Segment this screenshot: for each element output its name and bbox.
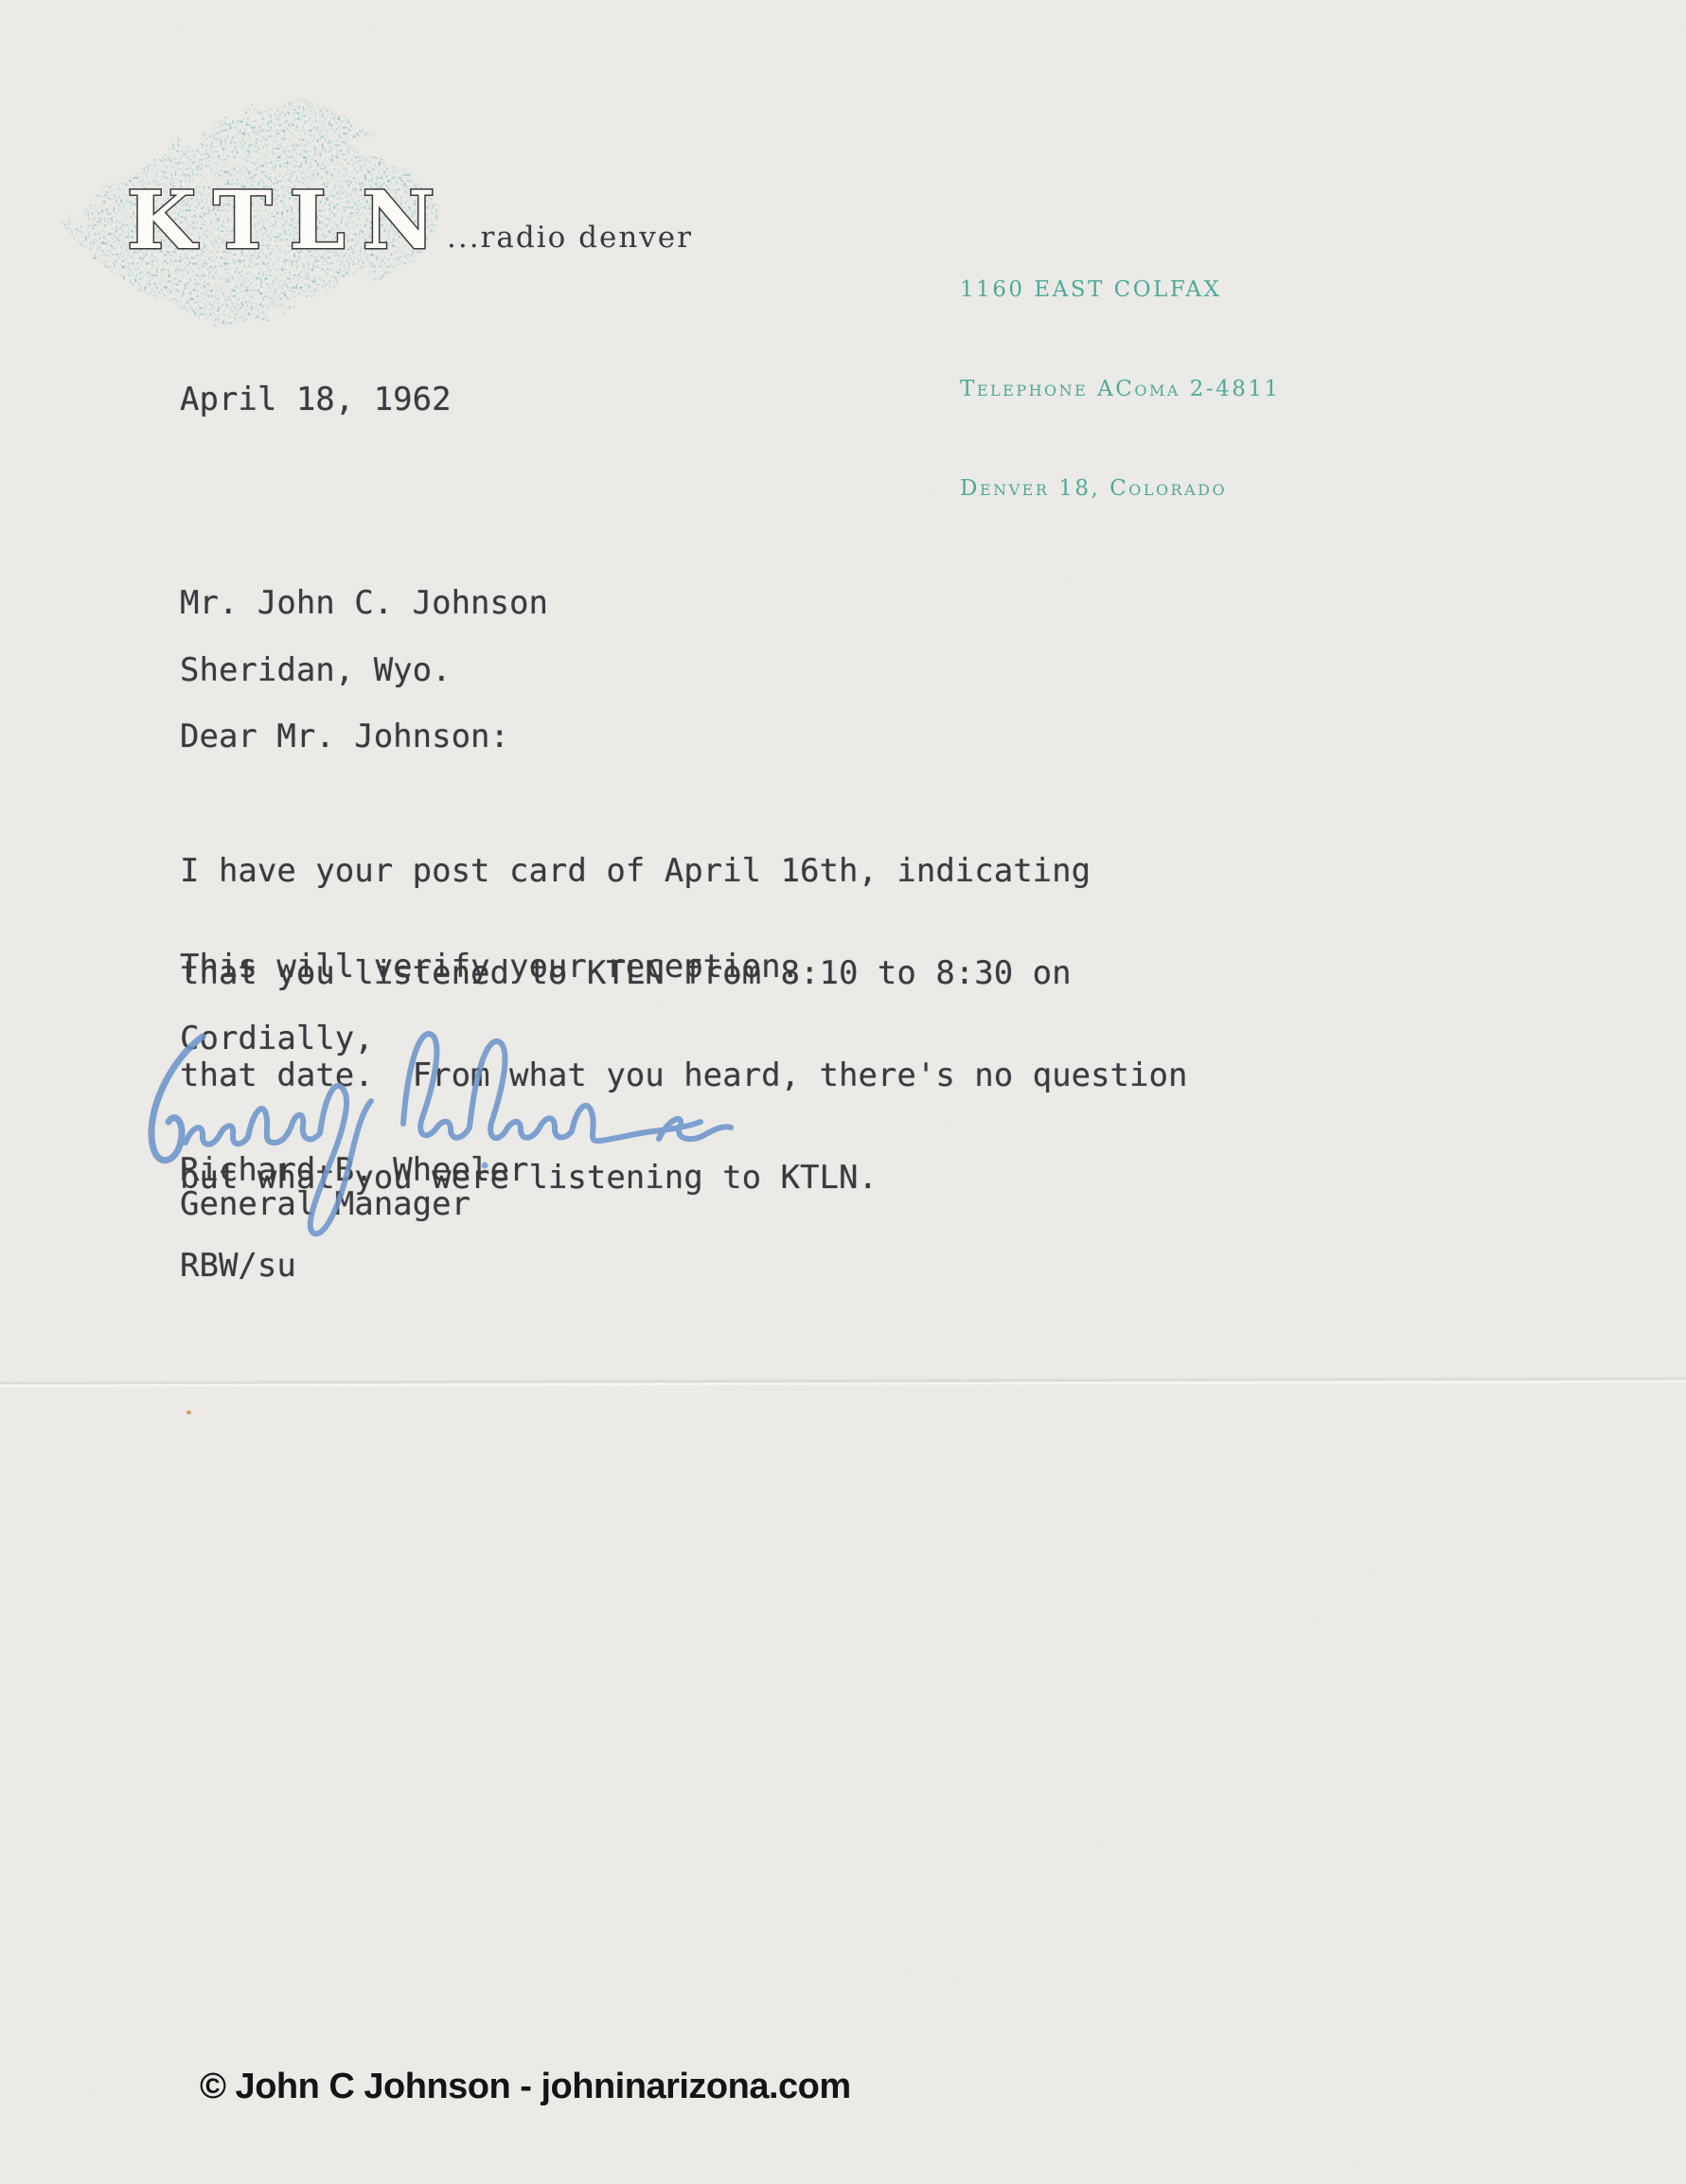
signer-name: Richard B. Wheeler (180, 1153, 528, 1187)
paper-fold-crease (0, 1376, 1686, 1389)
recipient-name: Mr. John C. Johnson (180, 586, 548, 620)
address-line-street: 1160 EAST COLFAX (960, 274, 1281, 307)
scanned-letter-page: KTLN ...radio denver 1160 EAST COLFAX Te… (0, 0, 1686, 2184)
closing: Cordially, (180, 1021, 374, 1056)
logo-tagline: ...radio denver (447, 222, 693, 254)
recipient-city: Sheridan, Wyo. (180, 653, 452, 687)
letterhead-address: 1160 EAST COLFAX Telephone AComa 2-4811 … (960, 207, 1281, 572)
ktln-logo: KTLN (47, 85, 492, 360)
address-line-phone: Telephone AComa 2-4811 (960, 373, 1281, 406)
copyright-watermark: © John C Johnson - johninarizona.com (200, 2067, 851, 2107)
salutation: Dear Mr. Johnson: (180, 719, 509, 754)
dust-speck (186, 1411, 191, 1414)
signer-title: General Manager (180, 1187, 470, 1221)
logo-wordmark: KTLN (127, 173, 452, 267)
reference-initials: RBW/su (180, 1249, 296, 1283)
address-line-city: Denver 18, Colorado (960, 472, 1281, 506)
paragraph-1-line-1: I have your post card of April 16th, ind… (180, 854, 1187, 888)
paragraph-2: This will verify your reception. (180, 950, 800, 984)
letter-date: April 18, 1962 (180, 382, 452, 417)
paragraph-1-line-3: that date. From what you heard, there's … (180, 1058, 1187, 1092)
